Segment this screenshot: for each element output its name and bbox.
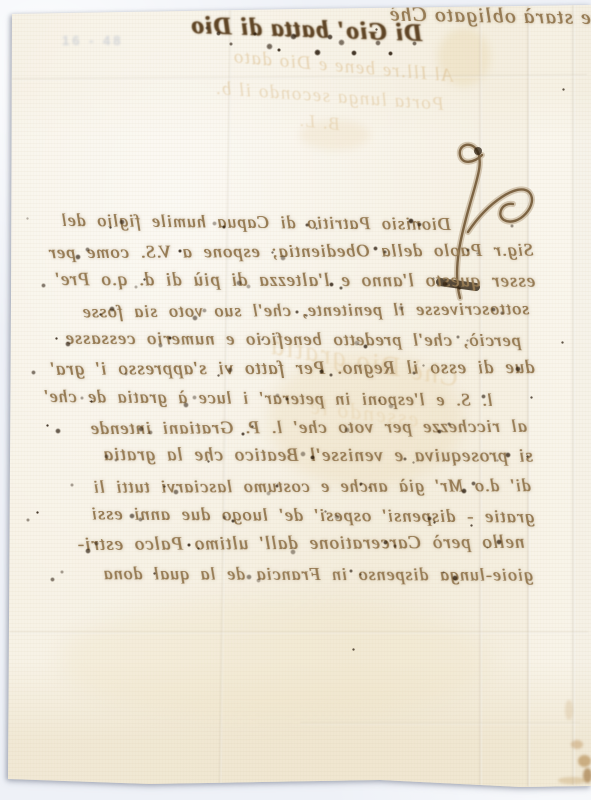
ink-spot: [46, 424, 49, 427]
ink-spot: [26, 518, 30, 522]
ink-spot: [31, 370, 36, 375]
ink-spot: [90, 400, 93, 403]
ink-spot: [466, 339, 469, 342]
ink-spot: [417, 222, 422, 227]
ink-spot: [153, 572, 156, 575]
ink-spot: [173, 489, 179, 495]
ink-spot: [251, 425, 254, 428]
ink-spot: [412, 461, 415, 464]
edge-stain: [578, 755, 591, 767]
ink-spot: [241, 432, 245, 436]
closing-line: e starà obligato Chè: [0, 0, 591, 30]
ink-spot: [134, 285, 138, 289]
ink-spot: [327, 34, 333, 40]
ink-spot: [470, 524, 473, 527]
ink-spot: [158, 343, 163, 348]
ink-spot: [55, 337, 58, 340]
ink-spot: [227, 367, 233, 373]
ink-spot: [280, 255, 286, 261]
ink-spot: [561, 341, 564, 344]
fold-crease-horizontal: [12, 74, 587, 81]
faded-address-line: Porta lunga secondo il b.: [214, 78, 445, 116]
edge-stain: [558, 777, 586, 784]
edge-stain: [571, 740, 583, 749]
manuscript-line: gratie - dispensi' ospesi' de' luogo due…: [91, 503, 535, 527]
ink-spot: [94, 541, 99, 546]
ink-spot: [85, 247, 90, 252]
ink-spot: [109, 306, 115, 312]
ink-spot: [349, 569, 353, 573]
ink-spot: [205, 26, 209, 30]
manuscript-line: al ricchezze per voto che' l. P. Gratian…: [90, 416, 527, 439]
ink-spot: [433, 521, 436, 524]
ink-spot: [471, 481, 476, 486]
ink-spot: [447, 422, 451, 426]
manuscript-line: Dionisio Patritio di Capua humile figlio…: [61, 210, 451, 235]
ink-spot: [266, 491, 271, 496]
initial-flourish-icon: [430, 136, 538, 308]
ink-spot: [178, 249, 182, 253]
ink-spot: [373, 246, 378, 251]
ink-spot: [275, 484, 279, 488]
ink-spot: [363, 344, 368, 349]
stain: [268, 352, 463, 487]
ink-spot: [55, 428, 61, 434]
manuscript-line: esser questo l'anno e l'altezza di più d…: [55, 270, 535, 293]
ink-spot: [271, 251, 274, 254]
ink-spot: [50, 577, 55, 582]
ink-spot: [246, 284, 251, 289]
ink-spot: [183, 402, 189, 408]
ink-spot: [375, 40, 381, 46]
ink-spot: [231, 519, 235, 523]
ink-spot: [315, 227, 318, 230]
ink-spot: [359, 482, 363, 486]
ink-spot: [104, 454, 109, 459]
ink-spot: [99, 313, 102, 316]
ink-spot: [85, 548, 91, 554]
ink-spot: [277, 48, 281, 52]
ink-spot: [324, 510, 327, 513]
faded-address-line: B. L.: [297, 110, 341, 135]
ink-spot: [456, 335, 460, 339]
manuscript-line: l. S. e l'esponi in peterar' i luce à gr…: [44, 386, 493, 411]
ink-spot: [388, 403, 394, 409]
ghost-offset-line: essendo le: [307, 393, 420, 432]
ink-spot: [530, 396, 533, 399]
faded-address-line: Al Ill.re bene e Dio dato: [231, 46, 454, 87]
ink-spot: [383, 540, 388, 545]
ink-spot: [148, 430, 153, 435]
ink-spot: [138, 426, 144, 432]
ink-spot: [476, 252, 479, 255]
paper-sheet-wrap: 16 - 48 Di Gio' batta di Dio Al Ill.re b…: [0, 0, 591, 800]
ink-spot: [442, 281, 448, 287]
ink-spot: [305, 223, 309, 227]
ink-spot: [253, 32, 257, 36]
ink-spot: [496, 459, 499, 462]
ink-spot: [236, 280, 242, 286]
ink-spot: [466, 248, 470, 252]
ink-spot: [65, 341, 71, 347]
ink-spot: [192, 395, 197, 400]
ink-spot: [351, 50, 357, 56]
stain: [300, 120, 370, 150]
ink-spot: [412, 371, 416, 375]
ink-spot: [70, 483, 74, 487]
scanned-letter-page: 16 - 48 Di Gio' batta di Dio Al Ill.re b…: [0, 0, 591, 800]
ink-spot: [458, 287, 461, 290]
ink-spot: [427, 516, 432, 521]
ink-spot: [222, 225, 226, 229]
ink-spot: [500, 311, 504, 315]
ink-spot: [383, 250, 387, 254]
ink-spot: [80, 396, 84, 400]
fold-crease-vertical: [219, 10, 233, 785]
ink-spot: [187, 543, 191, 547]
ink-spot: [114, 458, 118, 462]
fold-crease-vertical: [572, 5, 575, 785]
ink-spot: [412, 41, 417, 46]
ink-spot: [300, 451, 306, 457]
ghost-offset-line: Chè Dio gratia: [267, 330, 461, 394]
ink-spot: [378, 399, 381, 402]
ink-spot: [129, 513, 135, 519]
manuscript-line: sottoscrivesse il penitente, che'l suo v…: [82, 298, 530, 322]
ink-spot: [432, 277, 435, 280]
archival-mark: 16 - 48: [62, 33, 123, 48]
paper-sheet: 16 - 48 Di Gio' batta di Dio Al Ill.re b…: [0, 0, 591, 800]
manuscript-line: nello però Carceratione dall' ultimo Pal…: [77, 533, 525, 556]
ink-spot: [368, 486, 371, 489]
ink-spot: [261, 338, 264, 341]
ink-spot: [202, 308, 207, 313]
ink-spot: [403, 457, 407, 461]
ink-spot: [295, 310, 299, 314]
ink-spot: [163, 485, 166, 488]
ink-spot: [41, 283, 46, 288]
ink-spot: [526, 455, 529, 458]
ink-spot: [461, 488, 467, 494]
manuscript-line: Sig.r Paolo della Obedientia; espone a V…: [47, 240, 533, 264]
ink-spot: [197, 547, 200, 550]
stain: [438, 28, 490, 86]
ink-spot: [515, 366, 521, 372]
ink-spot: [344, 427, 350, 433]
fold-crease-horizontal: [300, 722, 580, 725]
ink-spot: [437, 429, 442, 434]
ink-spot: [305, 314, 308, 317]
ink-spot: [192, 315, 198, 321]
ink-spot: [216, 31, 221, 36]
manuscript-line: due di esso il Regno. Per fatto vi s'app…: [50, 358, 535, 381]
ink-spot: [338, 39, 345, 46]
ink-spot: [481, 394, 486, 399]
ink-spot: [319, 369, 324, 374]
ink-spot: [36, 511, 39, 514]
ink-spot: [388, 51, 393, 56]
ink-spot: [352, 648, 355, 651]
ink-spot: [329, 282, 334, 287]
ink-spot: [486, 546, 489, 549]
ink-spot: [143, 278, 146, 281]
ink-spot: [422, 364, 425, 367]
ink-spot: [207, 460, 210, 463]
fold-crease-vertical: [527, 6, 530, 786]
ink-spot: [138, 517, 143, 522]
ink-spot: [339, 286, 343, 290]
stain: [60, 600, 490, 720]
manuscript-line: di' d.o Mr' già anche e costumo lasciarv…: [93, 475, 531, 498]
ink-spot: [124, 372, 128, 376]
ink-spot: [496, 539, 502, 545]
ink-spot: [212, 221, 217, 226]
ink-spot: [290, 33, 297, 40]
ink-spot: [217, 374, 220, 377]
ink-spot: [26, 217, 29, 220]
laid-paper-texture: [0, 0, 591, 800]
ink-spot: [398, 305, 404, 311]
ink-spot: [266, 43, 273, 50]
manuscript-line: gioie-lunga dispenso in Francia de la qu…: [103, 563, 533, 586]
ink-spot: [119, 219, 125, 225]
fold-crease-horizontal: [10, 631, 588, 634]
edge-stain: [565, 700, 573, 720]
ink-spot: [491, 307, 496, 312]
ink-spot: [505, 452, 511, 458]
ink-spot: [314, 49, 321, 56]
ink-spot: [393, 544, 397, 548]
ink-spot: [329, 373, 333, 377]
ink-spot: [75, 254, 81, 260]
ink-spot: [310, 455, 315, 460]
ink-spot: [359, 573, 362, 576]
ink-spot: [334, 514, 340, 520]
ink-spot: [275, 393, 280, 398]
ink-spot: [562, 88, 565, 91]
manuscript-line: perciò, che'l predetto beneficio e numer…: [65, 328, 521, 351]
ink-spot: [60, 570, 64, 574]
ink-spot: [256, 578, 261, 583]
fold-crease-vertical: [479, 10, 482, 785]
ink-spot: [109, 226, 112, 229]
ink-spot: [222, 515, 227, 520]
ink-spot: [354, 340, 360, 346]
ink-spot: [510, 224, 514, 228]
ink-spot: [442, 571, 445, 574]
ink-spot: [375, 28, 378, 31]
manuscript-line: si prosequiva e venisse'l Beatico che la…: [103, 446, 533, 469]
ink-spot: [168, 336, 172, 340]
ink-spot: [246, 574, 252, 580]
ink-spot: [285, 397, 289, 401]
ink-spot: [229, 42, 233, 46]
edge-stain: [583, 768, 591, 783]
ink-spot: [408, 218, 414, 224]
ink-spot: [452, 575, 458, 581]
ink-spot: [290, 549, 296, 555]
